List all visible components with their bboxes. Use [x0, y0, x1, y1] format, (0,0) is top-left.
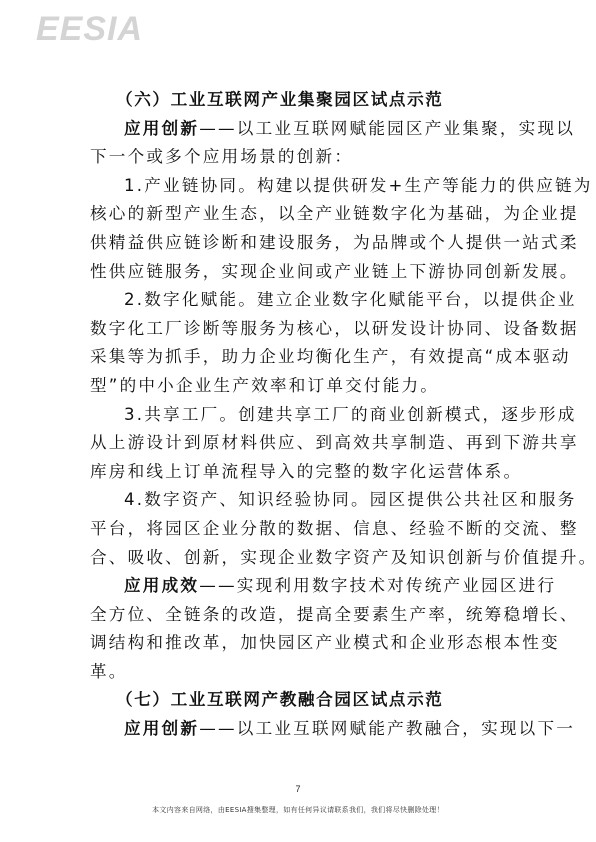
paragraph-line: 4.数字资产、知识经验协同。园区提供公共社区和服务 [90, 486, 508, 515]
paragraph-line: 数字化工厂诊断等服务为核心，以研发设计协同、设备数据 [90, 315, 508, 344]
paragraph-line: 应用成效——实现利用数字技术对传统产业园区进行 [90, 572, 508, 601]
lead-term: 应用创新 [124, 119, 199, 138]
paragraph-line: 性供应链服务，实现企业间或产业链上下游协同创新发展。 [90, 258, 508, 287]
page-number: 7 [0, 784, 596, 794]
paragraph-line: 1.产业链协同。构建以提供研发+生产等能力的供应链为 [90, 172, 508, 201]
footer-disclaimer: 本文内容来自网络，由EESIA搜集整理，如有任何异议请联系我们，我们将尽快删除处… [0, 805, 596, 815]
paragraph-line: 2.数字化赋能。建立企业数字化赋能平台，以提供企业 [90, 286, 508, 315]
section-heading-7: （七）工业互联网产教融合园区试点示范 [90, 686, 508, 715]
paragraph-line: 下一个或多个应用场景的创新： [90, 143, 508, 172]
paragraph-line: 全方位、全链条的改造，提高全要素生产率，统筹稳增长、 [90, 601, 508, 630]
lead-term: 应用创新 [124, 719, 199, 738]
paragraph-line: 从上游设计到原材料供应、到高效共享制造、再到下游共享 [90, 429, 508, 458]
paragraph-line: 合、吸收、创新，实现企业数字资产及知识创新与价值提升。 [90, 544, 508, 573]
paragraph-line: 调结构和推改革，加快园区产业模式和企业形态根本性变 [90, 629, 508, 658]
paragraph-line: 平台，将园区企业分散的数据、信息、经验不断的交流、整 [90, 515, 508, 544]
paragraph-line: 库房和线上订单流程导入的完整的数字化运营体系。 [90, 458, 508, 487]
paragraph-line: 应用创新——以工业互联网赋能园区产业集聚，实现以 [90, 115, 508, 144]
paragraph-line: 3.共享工厂。创建共享工厂的商业创新模式，逐步形成 [90, 401, 508, 430]
paragraph-line: 核心的新型产业生态，以全产业链数字化为基础，为企业提 [90, 200, 508, 229]
document-body: （六）工业互联网产业集聚园区试点示范 应用创新——以工业互联网赋能园区产业集聚，… [90, 86, 508, 744]
paragraph-line: 供精益供应链诊断和建设服务，为品牌或个人提供一站式柔 [90, 229, 508, 258]
eesia-logo: EESIA [36, 10, 143, 49]
paragraph-line: 应用创新——以工业互联网赋能产教融合，实现以下一 [90, 715, 508, 744]
paragraph-line: 型”的中小企业生产效率和订单交付能力。 [90, 372, 508, 401]
section-heading-6: （六）工业互联网产业集聚园区试点示范 [90, 86, 508, 115]
paragraph-line: 革。 [90, 658, 508, 687]
lead-term: 应用成效 [124, 576, 199, 595]
paragraph-line: 采集等为抓手，助力企业均衡化生产，有效提高“成本驱动 [90, 343, 508, 372]
